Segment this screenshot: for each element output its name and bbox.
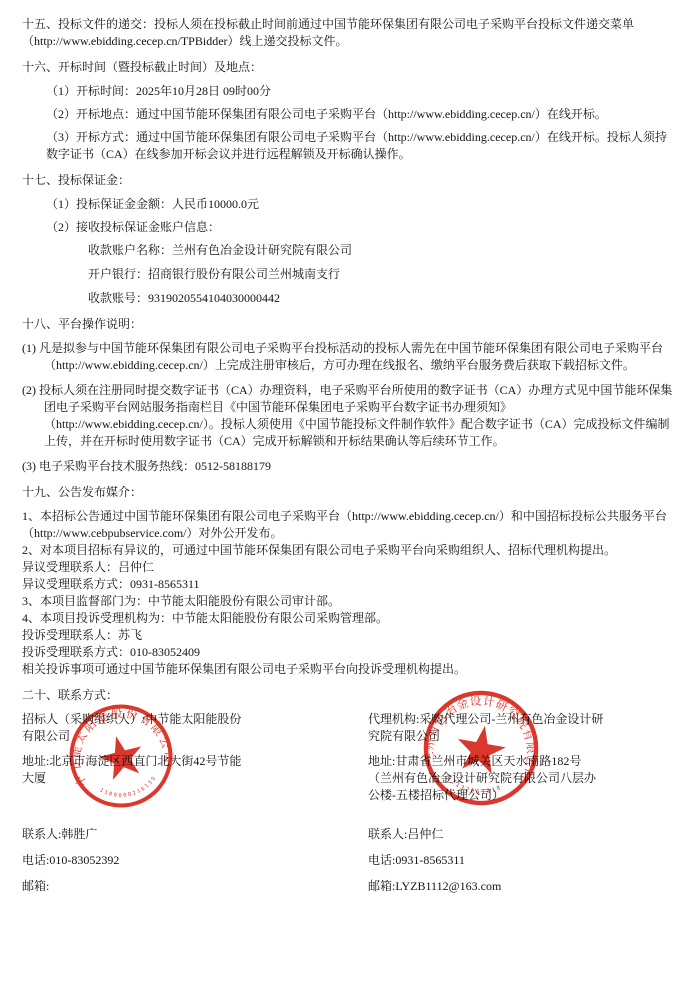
section-18-item-3: (3) 电子采购平台技术服务热线：0512-58188179 <box>22 458 678 475</box>
supervision-department: 3、本项目监督部门为：中节能太阳能股份有限公司审计部。 <box>22 593 678 610</box>
section-16-item-1: （1）开标时间：2025年10月28日 09时00分 <box>22 83 678 100</box>
tenderer-contact-block: 招标人（采购组织人）:中节能太阳能股份有限公司 地址:北京市海淀区西直门北大街4… <box>22 711 246 901</box>
agency-info: 代理机构:采购代理公司-兰州有色冶金设计研究院有限公司 地址:甘肃省兰州市城关区… <box>368 711 604 823</box>
section-19-heading: 十九、公告发布媒介： <box>22 484 678 501</box>
complaint-note: 相关投诉事项可通过中国节能环保集团有限公司电子采购平台向投诉受理机构提出。 <box>22 661 678 678</box>
media-line-1: 1、本招标公告通过中国节能环保集团有限公司电子采购平台（http://www.e… <box>22 508 678 542</box>
section-18-item-1: (1) 凡是拟参与中国节能环保集团有限公司电子采购平台投标活动的投标人需先在中国… <box>22 340 678 374</box>
deposit-account-number: 收款账号：9319020554104030000442 <box>22 290 678 307</box>
tenderer-contact-person: 联系人:韩胜广 <box>22 823 246 843</box>
complaint-contact-person: 投诉受理联系人：苏飞 <box>22 627 678 644</box>
agency-contact-block: 代理机构:采购代理公司-兰州有色冶金设计研究院有限公司 地址:甘肃省兰州市城关区… <box>368 711 604 901</box>
section-16-item-3: （3）开标方式：通过中国节能环保集团有限公司电子采购平台（http://www.… <box>22 129 678 163</box>
section-16-item-2: （2）开标地点：通过中国节能环保集团有限公司电子采购平台（http://www.… <box>22 106 678 123</box>
tenderer-address: 地址:北京市海淀区西直门北大街42号节能大厦 <box>22 753 246 787</box>
section-17-heading: 十七、投标保证金： <box>22 172 678 189</box>
section-15-submission: 十五、投标文件的递交：投标人须在投标截止时间前通过中国节能环保集团有限公司电子采… <box>22 16 678 50</box>
objection-contact-person: 异议受理联系人：吕仲仁 <box>22 559 678 576</box>
agency-contact-person: 联系人:吕仲仁 <box>368 823 604 843</box>
tenderer-phone: 电话:010-83052392 <box>22 849 246 869</box>
deposit-account-name: 收款账户名称：兰州有色冶金设计研究院有限公司 <box>22 242 678 259</box>
contact-section: 招标人（采购组织人）:中节能太阳能股份有限公司 地址:北京市海淀区西直门北大街4… <box>22 711 678 901</box>
section-17-item-2: （2）接收投标保证金账户信息： <box>22 219 678 236</box>
section-20-heading: 二十、联系方式： <box>22 687 678 704</box>
section-17-item-1: （1）投标保证金金额：人民币10000.0元 <box>22 196 678 213</box>
tenderer-name: 招标人（采购组织人）:中节能太阳能股份有限公司 <box>22 711 246 745</box>
tenderer-info: 招标人（采购组织人）:中节能太阳能股份有限公司 地址:北京市海淀区西直门北大街4… <box>22 711 246 823</box>
media-line-2: 2、对本项目招标有异议的，可通过中国节能环保集团有限公司电子采购平台向采购组织人… <box>22 542 678 559</box>
section-18-heading: 十八、平台操作说明： <box>22 316 678 333</box>
complaint-agency: 4、本项目投诉受理机构为：中节能太阳能股份有限公司采购管理部。 <box>22 610 678 627</box>
complaint-contact-phone: 投诉受理联系方式：010-83052409 <box>22 644 678 661</box>
objection-contact-phone: 异议受理联系方式：0931-8565311 <box>22 576 678 593</box>
agency-address: 地址:甘肃省兰州市城关区天水南路182号（兰州有色冶金设计研究院有限公司八层办公… <box>368 753 604 804</box>
tenderer-email: 邮箱: <box>22 875 246 895</box>
agency-phone: 电话:0931-8565311 <box>368 849 604 869</box>
section-18-item-2: (2) 投标人须在注册同时提交数字证书（CA）办理资料，电子采购平台所使用的数字… <box>22 382 678 450</box>
tender-notice-page: 十五、投标文件的递交：投标人须在投标截止时间前通过中国节能环保集团有限公司电子采… <box>0 0 700 990</box>
section-16-heading: 十六、开标时间（暨投标截止时间）及地点： <box>22 59 678 76</box>
deposit-bank: 开户银行：招商银行股份有限公司兰州城南支行 <box>22 266 678 283</box>
agency-name: 代理机构:采购代理公司-兰州有色冶金设计研究院有限公司 <box>368 711 604 745</box>
agency-email: 邮箱:LYZB1112@163.com <box>368 875 604 895</box>
